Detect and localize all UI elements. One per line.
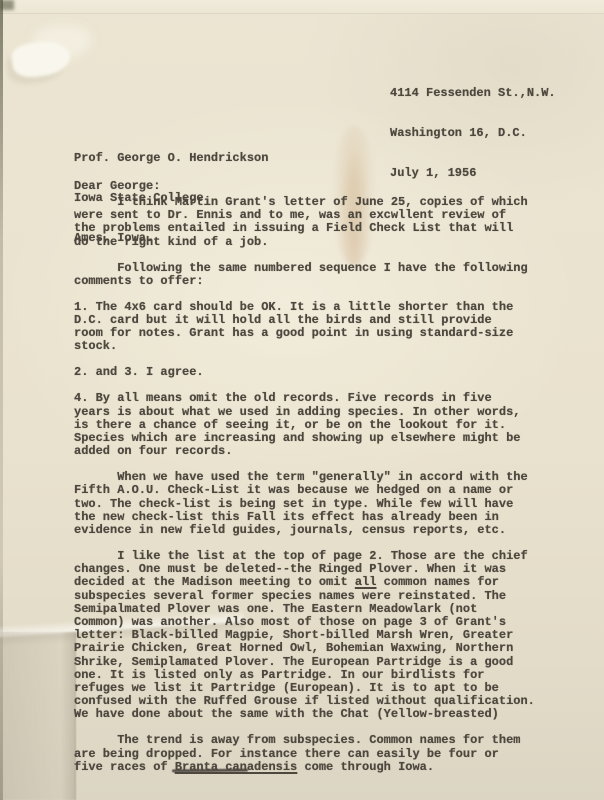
return-address-line: Washington 16, D.C. <box>390 127 556 140</box>
text-segment: years is about what we used in adding sp… <box>74 405 520 419</box>
text-line: room for notes. Grant has a good point i… <box>74 327 554 340</box>
recipient-name: Prof. George O. Hendrickson <box>74 152 268 165</box>
paragraph: 2. and 3. I agree. <box>74 366 554 379</box>
text-segment: confused with the Ruffed Grouse if liste… <box>74 694 535 708</box>
text-segment: the new check-list this Fall its effect … <box>74 510 499 524</box>
underlined-text: Branta canadensis <box>175 760 297 774</box>
paragraph: 4. By all means omit the old records. Fi… <box>74 392 554 458</box>
paragraph: Following the same numbered sequence I h… <box>74 262 554 288</box>
paragraph: The trend is away from subspecies. Commo… <box>74 734 554 774</box>
text-segment: 1. The 4x6 card should be OK. It is a li… <box>74 300 513 314</box>
corner-stain <box>0 0 14 10</box>
text-line: do the right kind of a job. <box>74 236 554 249</box>
text-segment: 4. By all means omit the old records. Fi… <box>74 391 492 405</box>
text-line: We have done about the same with the Cha… <box>74 708 554 721</box>
text-segment: were sent to Dr. Ennis and to me, was an… <box>74 208 506 222</box>
text-segment: changes. One must be deleted--the Ringed… <box>74 562 506 576</box>
return-address-line: 4114 Fessenden St.,N.W. <box>390 87 556 100</box>
text-segment: Common) was another. Also most of those … <box>74 615 506 629</box>
text-segment: five races of <box>74 760 175 774</box>
text-segment: decided at the Madison meeting to omit <box>74 575 355 589</box>
text-segment: come through Iowa. <box>297 760 434 774</box>
text-segment: subspecies several former species names … <box>74 589 506 603</box>
text-segment: two. The check-list is being set in type… <box>74 497 513 511</box>
text-line: evidence in new field guides, journals, … <box>74 524 554 537</box>
paragraph: When we have used the term "generally" i… <box>74 471 554 537</box>
text-line: added on four records. <box>74 445 554 458</box>
text-segment: is there a chance of seeing it, or be on… <box>74 418 506 432</box>
text-segment: refuges we list it Partridge (European).… <box>74 681 499 695</box>
text-segment: D.C. card but it will hold all the birds… <box>74 313 492 327</box>
text-segment: Shrike, Semiplamated Plover. The Europea… <box>74 655 513 669</box>
text-segment: room for notes. Grant has a good point i… <box>74 326 513 340</box>
text-segment: The trend is away from subspecies. Commo… <box>74 733 520 747</box>
text-segment: added on four records. <box>74 444 232 458</box>
paragraph: I like the list at the top of page 2. Th… <box>74 550 554 722</box>
text-segment: Following the same numbered sequence I h… <box>74 261 528 275</box>
text-segment: common names for <box>376 575 498 589</box>
torn-paper-patch <box>10 38 72 80</box>
return-address: 4114 Fessenden St.,N.W. Washington 16, D… <box>390 61 556 206</box>
text-segment: evidence in new field guides, journals, … <box>74 523 506 537</box>
text-line: stock. <box>74 340 554 353</box>
text-segment: the problems entailed in issuing a Field… <box>74 221 513 235</box>
text-segment: one. It is listed only as Partridge. In … <box>74 668 484 682</box>
letter-date: July 1, 1956 <box>390 167 556 180</box>
text-segment: I think Martin Grant's letter of June 25… <box>74 195 528 209</box>
text-segment: Semipalmated Plover was one. The Eastern… <box>74 602 477 616</box>
text-segment: are being dropped. For instance there ca… <box>74 747 499 761</box>
text-line: comments to offer: <box>74 275 554 288</box>
letter-body: I think Martin Grant's letter of June 25… <box>74 196 554 787</box>
text-segment: We have done about the same with the Cha… <box>74 707 499 721</box>
text-line: 2. and 3. I agree. <box>74 366 554 379</box>
text-segment: Fifth A.O.U. Check-List it was because w… <box>74 483 513 497</box>
underlined-text: all <box>355 575 377 589</box>
paragraph: 1. The 4x6 card should be OK. It is a li… <box>74 301 554 354</box>
text-line: five races of Branta canadensis come thr… <box>74 761 554 774</box>
paper-top-edge-band <box>0 0 604 14</box>
salutation: Dear George: <box>74 180 160 193</box>
text-segment: Prairie Chicken, Great Horned Owl, Bohem… <box>74 641 513 655</box>
underlying-page-edge <box>0 632 76 800</box>
text-segment: comments to offer: <box>74 274 204 288</box>
text-segment: When we have used the term "generally" i… <box>74 470 528 484</box>
text-segment: Species which are increasing and showing… <box>74 431 520 445</box>
text-segment: stock. <box>74 339 117 353</box>
text-segment: letter: Black-billed Magpie, Short-bille… <box>74 628 513 642</box>
text-segment: I like the list at the top of page 2. Th… <box>74 549 528 563</box>
text-segment: do the right kind of a job. <box>74 235 268 249</box>
text-segment: 2. and 3. I agree. <box>74 365 204 379</box>
paper-background: 4114 Fessenden St.,N.W. Washington 16, D… <box>0 0 604 800</box>
paragraph: I think Martin Grant's letter of June 25… <box>74 196 554 249</box>
